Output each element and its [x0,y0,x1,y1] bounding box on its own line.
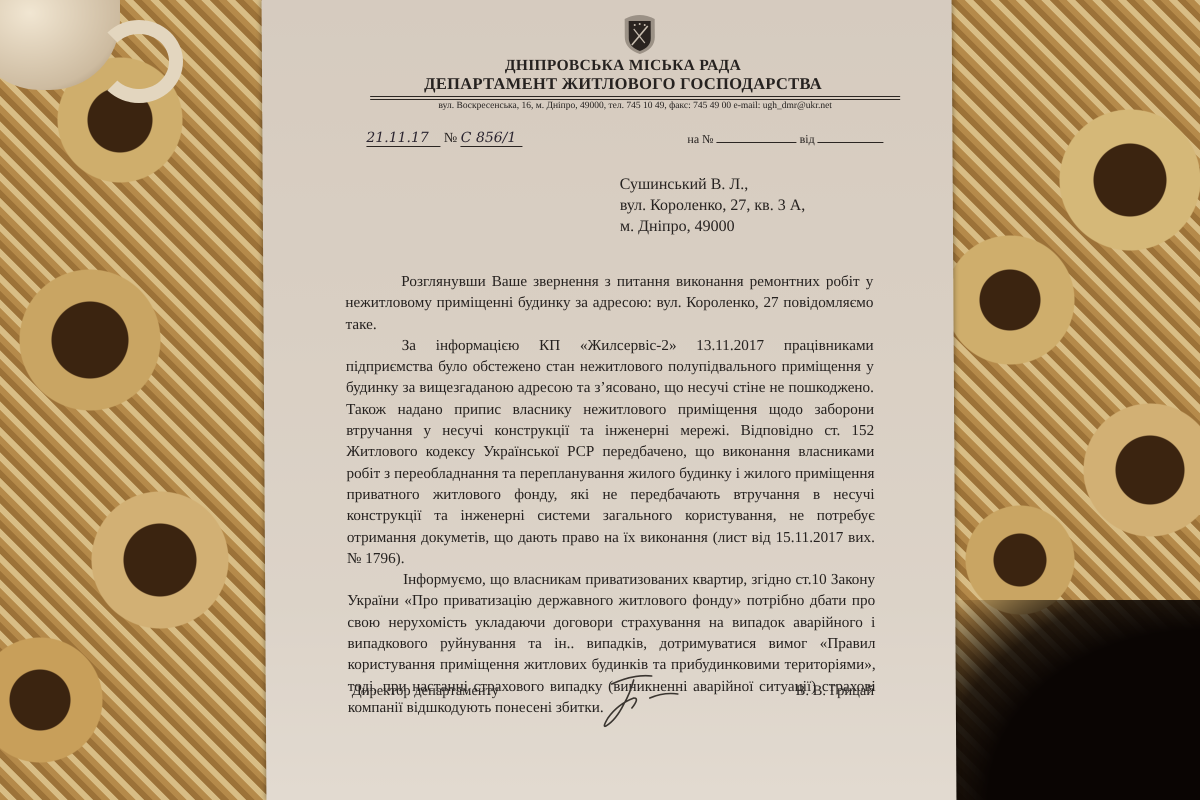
outgoing-date: 21.11.17 [366,130,440,147]
cup-handle [95,20,183,103]
paragraph: Розглянувши Ваше звернення з питання вик… [345,271,873,335]
department-name: ДЕПАРТАМЕНТ ЖИТЛОВОГО ГОСПОДАРСТВА [262,74,968,94]
from-field [818,142,884,143]
letter-body: Розглянувши Ваше звернення з питання вик… [345,271,876,718]
outgoing-reg: 21.11.17 № С 856/1 [366,130,522,147]
from-label: від [800,132,815,146]
addressee-block: Сушинський В. Л., вул. Короленко, 27, кв… [620,174,806,237]
org-name: ДНІПРОВСЬКА МІСЬКА РАДА [262,57,968,75]
signatory-title: Директор департаменту [352,683,499,700]
signature-icon [594,664,694,734]
on-no-field [717,142,797,143]
coat-of-arms-icon [620,10,660,56]
addressee-city: м. Дніпро, 49000 [620,216,806,237]
outgoing-number: С 856/1 [461,130,523,147]
addressee-name: Сушинський В. Л., [620,174,806,195]
contact-info: вул. Воскресенська, 16, м. Дніпро, 49000… [370,101,900,111]
number-sign: № [444,131,457,146]
addressee-street: вул. Короленко, 27, кв. 3 А, [620,195,806,216]
reference-line: на № від [687,132,883,147]
header-rule [370,96,900,97]
on-no-label: на № [687,132,713,146]
header-rule-thin [370,99,900,100]
paragraph: За інформацією КП «Жилсервіс-2» 13.11.20… [346,335,875,569]
official-letter: ДНІПРОВСЬКА МІСЬКА РАДА ДЕПАРТАМЕНТ ЖИТЛ… [262,0,957,800]
shadow-area [950,600,1200,800]
signatory-name: В. В. Грицай [796,683,874,700]
